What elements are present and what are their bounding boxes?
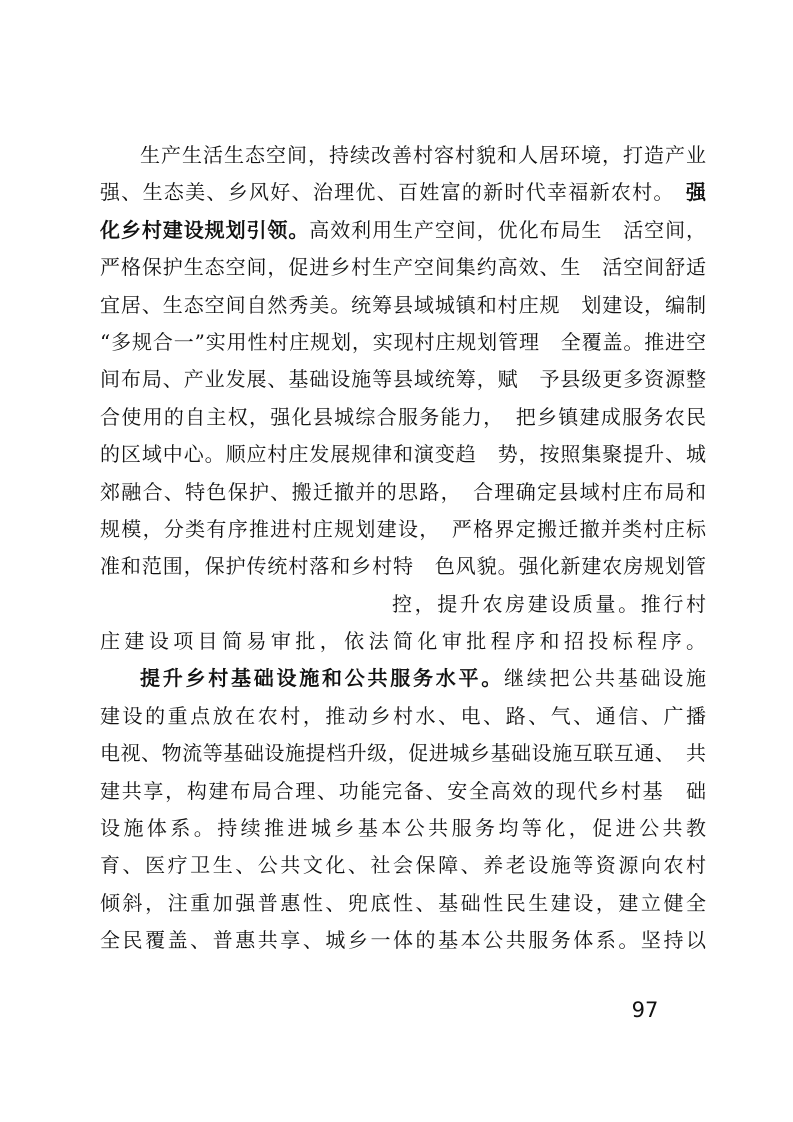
text-line: 合使用的自主权，强化县城综合服务能力， 把乡镇建成服务农民 xyxy=(100,399,706,436)
text-line: “多规合一”实用性村庄规划，实现村庄规划管理 全覆盖。推进空 xyxy=(100,324,706,361)
text-line: 规模，分类有序推进村庄规划建设， 严格界定搬迁撤并类村庄标 xyxy=(100,511,706,548)
text-segment: 严格保护生态空间，促进乡村生产空间集约高效、生 活空间舒适 xyxy=(100,255,706,279)
text-segment: 电视、物流等基础设施提档升级，促进城乡基础设施互联互通、 共 xyxy=(100,741,706,765)
text-segment: 建设的重点放在农村，推动乡村水、电、路、气、通信、广播 xyxy=(100,704,706,728)
text-segment: 庄建设项目简易审批，依法简化审批程序和招投标程序。 xyxy=(100,629,706,653)
text-segment: 的区域中心。顺应村庄发展规律和演变趋 势，按照集聚提升、城 xyxy=(100,442,706,466)
text-line: 电视、物流等基础设施提档升级，促进城乡基础设施互联互通、 共 xyxy=(100,735,706,772)
text-line: 设施体系。持续推进城乡基本公共服务均等化，促进公共教 xyxy=(100,810,706,847)
text-segment: 倾斜，注重加强普惠性、兜底性、基础性民生建设，建立健全 xyxy=(100,891,706,915)
bold-text-segment: 化乡村建设规划引领。 xyxy=(100,218,309,242)
text-segment: 生产生活生态空间，持续改善村容村貌和人居环境，打造产业 xyxy=(140,143,706,167)
text-segment: 宜居、生态空间自然秀美。统筹县域城镇和村庄规 划建设，编制 xyxy=(100,293,706,317)
text-line: 育、医疗卫生、公共文化、社会保障、养老设施等资源向农村 xyxy=(100,847,706,884)
text-segment: 间布局、产业发展、基础设施等县域统筹，赋 予县级更多资源整 xyxy=(100,367,706,391)
document-text: 生产生活生态空间，持续改善村容村貌和人居环境，打造产业强、生态美、乡风好、治理优… xyxy=(100,137,706,960)
text-segment: 设施体系。持续推进城乡基本公共服务均等化，促进公共教 xyxy=(100,816,706,840)
text-segment: 郊融合、特色保护、搬迁撤并的思路， 合理确定县域村庄布局和 xyxy=(100,480,706,504)
text-segment: 强、生态美、乡风好、治理优、百姓富的新时代幸福新农村。 xyxy=(100,180,686,204)
bold-text-segment: 强 xyxy=(686,180,706,204)
text-line: 建共享，构建布局合理、功能完备、安全高效的现代乡村基 础 xyxy=(100,773,706,810)
text-line: 郊融合、特色保护、搬迁撤并的思路， 合理确定县域村庄布局和 xyxy=(100,474,706,511)
text-line: 准和范围，保护传统村落和乡村特 色风貌。强化新建农房规划管 xyxy=(100,548,706,585)
text-line: 控，提升农房建设质量。推行村 xyxy=(100,586,706,623)
text-line: 化乡村建设规划引领。高效利用生产空间，优化布局生 活空间， xyxy=(100,212,706,249)
text-segment: 高效利用生产空间，优化布局生 活空间， xyxy=(309,218,706,242)
bold-text-segment: 提升乡村基础设施和公共服务水平。 xyxy=(140,666,504,690)
text-line: 间布局、产业发展、基础设施等县域统筹，赋 予县级更多资源整 xyxy=(100,361,706,398)
text-segment: 建共享，构建布局合理、功能完备、安全高效的现代乡村基 础 xyxy=(100,779,706,803)
text-line: 庄建设项目简易审批，依法简化审批程序和招投标程序。 xyxy=(100,623,706,660)
text-line: 建设的重点放在农村，推动乡村水、电、路、气、通信、广播 xyxy=(100,698,706,735)
text-line: 的区域中心。顺应村庄发展规律和演变趋 势，按照集聚提升、城 xyxy=(100,436,706,473)
text-segment: “多规合一”实用性村庄规划，实现村庄规划管理 全覆盖。推进空 xyxy=(100,330,706,354)
text-segment: 全民覆盖、普惠共享、城乡一体的基本公共服务体系。坚持以 xyxy=(100,928,706,952)
text-segment: 合使用的自主权，强化县城综合服务能力， 把乡镇建成服务农民 xyxy=(100,405,706,429)
page-number: 97 xyxy=(600,998,690,1022)
text-segment: 继续把公共基础设施 xyxy=(504,666,706,690)
text-line: 强、生态美、乡风好、治理优、百姓富的新时代幸福新农村。 强 xyxy=(100,174,706,211)
text-line: 生产生活生态空间，持续改善村容村貌和人居环境，打造产业 xyxy=(100,137,706,174)
text-segment: 控，提升农房建设质量。推行村 xyxy=(392,592,706,616)
text-segment: 育、医疗卫生、公共文化、社会保障、养老设施等资源向农村 xyxy=(100,853,706,877)
text-line: 提升乡村基础设施和公共服务水平。继续把公共基础设施 xyxy=(100,660,706,697)
text-line: 全民覆盖、普惠共享、城乡一体的基本公共服务体系。坚持以 xyxy=(100,922,706,959)
document-page: 生产生活生态空间，持续改善村容村貌和人居环境，打造产业强、生态美、乡风好、治理优… xyxy=(0,0,793,1122)
text-line: 严格保护生态空间，促进乡村生产空间集约高效、生 活空间舒适 xyxy=(100,249,706,286)
text-segment: 准和范围，保护传统村落和乡村特 色风貌。强化新建农房规划管 xyxy=(100,554,706,578)
text-segment: 规模，分类有序推进村庄规划建设， 严格界定搬迁撤并类村庄标 xyxy=(100,517,706,541)
text-line: 倾斜，注重加强普惠性、兜底性、基础性民生建设，建立健全 xyxy=(100,885,706,922)
text-line: 宜居、生态空间自然秀美。统筹县域城镇和村庄规 划建设，编制 xyxy=(100,287,706,324)
